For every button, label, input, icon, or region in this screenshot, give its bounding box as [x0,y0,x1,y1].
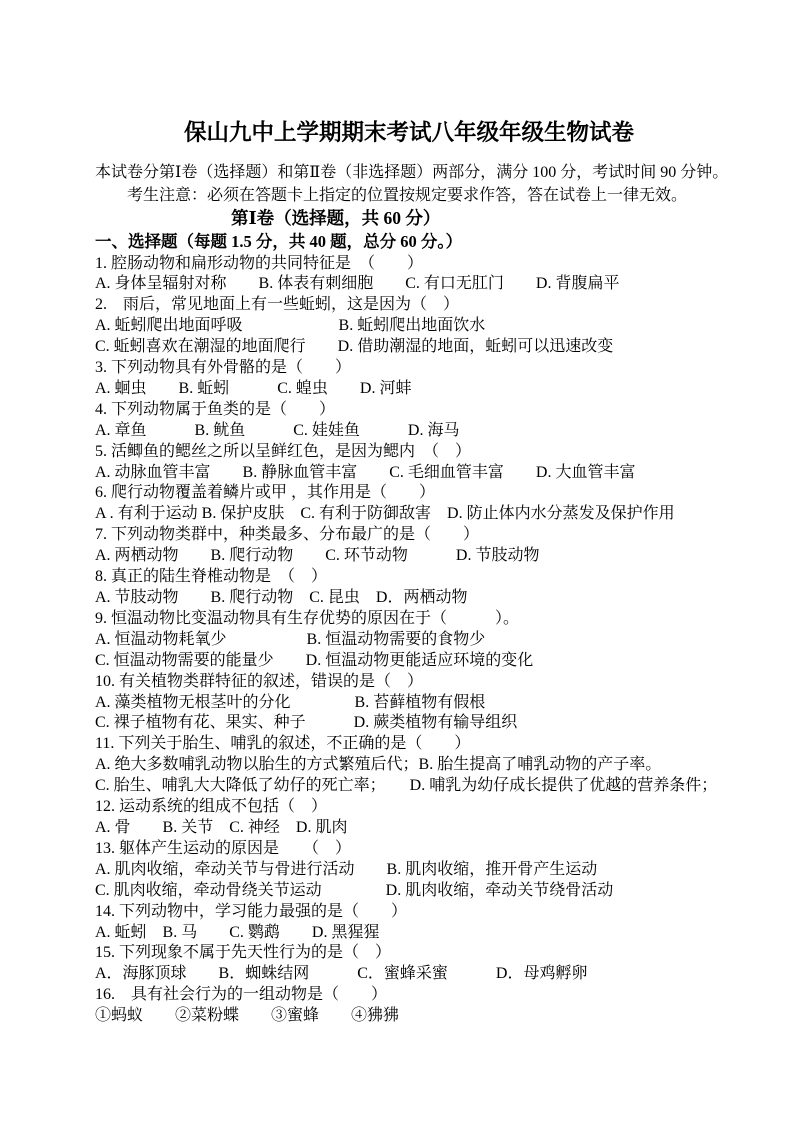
question-stem: 15. 下列现象不属于先天性行为的是（ ） [95,943,723,964]
question-option-line: C. 蚯蚓喜欢在潮湿的地面爬行 D. 借助潮湿的地面，蚯蚓可以迅速改变 [95,337,723,358]
question-7: 7. 下列动物类群中，种类最多、分布最广的是（ ） A. 两栖动物 B. 爬行动… [95,525,723,567]
exam-page: 保山九中上学期期末考试八年级年级生物试卷 本试卷分第Ⅰ卷（选择题）和第Ⅱ卷（非选… [0,0,793,1122]
question-stem: 1. 腔肠动物和扁形动物的共同特征是 （ ） [95,254,723,275]
question-option-line: A. 蛔虫 B. 蚯蚓 C. 蝗虫 D. 河蚌 [95,379,723,400]
question-option-line: A. 藻类植物无根茎叶的分化 B. 苔藓植物有假根 [95,693,723,714]
question-10: 10. 有关植物类群特征的叙述，错误的是（ ） A. 藻类植物无根茎叶的分化 B… [95,672,723,735]
question-option-line: C. 胎生、哺乳大大降低了幼仔的死亡率； D. 哺乳为幼仔成长提供了优越的营养条… [95,776,723,797]
question-stem: 13. 躯体产生运动的原因是 （ ） [95,839,723,860]
question-option-line: A. 两栖动物 B. 爬行动物 C. 环节动物 D. 节肢动物 [95,546,723,567]
question-stem: 7. 下列动物类群中，种类最多、分布最广的是（ ） [95,525,723,546]
question-option-line: C. 恒温动物需要的能量少 D. 恒温动物更能适应环境的变化 [95,651,723,672]
question-option-line: A. 肌肉收缩，牵动关节与骨进行活动 B. 肌肉收缩，推开骨产生运动 [95,860,723,881]
question-option-line: A . 有利于运动 B. 保护皮肤 C. 有利于防御敌害 D. 防止体内水分蒸发… [95,504,723,525]
question-12: 12. 运动系统的组成不包括（ ） A. 骨 B. 关节 C. 神经 D. 肌肉 [95,797,723,839]
question-option-line: ①蚂蚁 ②菜粉蝶 ③蜜蜂 ④狒狒 [95,1006,723,1027]
question-list: 1. 腔肠动物和扁形动物的共同特征是 （ ） A. 身体呈辐射对称 B. 体表有… [95,254,723,1028]
question-option-line: A. 蚯蚓爬出地面呼吸 B. 蚯蚓爬出地面饮水 [95,316,723,337]
question-stem: 9. 恒温动物比变温动物具有生存优势的原因在于（ ）。 [95,609,723,630]
exam-title: 保山九中上学期期末考试八年级年级生物试卷 [95,118,723,148]
question-6: 6. 爬行动物覆盖着鳞片或甲 ，其作用是（ ） A . 有利于运动 B. 保护皮… [95,483,723,525]
question-option-line: A. 章鱼 B. 鱿鱼 C. 娃娃鱼 D. 海马 [95,421,723,442]
question-option-line: A. 骨 B. 关节 C. 神经 D. 肌肉 [95,818,723,839]
question-stem: 12. 运动系统的组成不包括（ ） [95,797,723,818]
question-option-line: A．海豚顶球 B．蜘蛛结网 C．蜜蜂采蜜 D．母鸡孵卵 [95,964,723,985]
question-stem: 4. 下列动物属于鱼类的是（ ） [95,400,723,421]
question-option-line: A. 动脉血管丰富 B. 静脉血管丰富 C. 毛细血管丰富 D. 大血管丰富 [95,463,723,484]
volume-heading: 第Ⅰ卷（选择题，共 60 分） [95,207,723,230]
question-stem: 2. 雨后，常见地面上有一些蚯蚓，这是因为（ ） [95,295,723,316]
question-stem: 8. 真正的陆生脊椎动物是 （ ） [95,567,723,588]
question-2: 2. 雨后，常见地面上有一些蚯蚓，这是因为（ ） A. 蚯蚓爬出地面呼吸 B. … [95,295,723,358]
question-15: 15. 下列现象不属于先天性行为的是（ ） A．海豚顶球 B．蜘蛛结网 C．蜜蜂… [95,943,723,985]
question-stem: 5. 活鲫鱼的鳃丝之所以呈鲜红色，是因为鳃内 （ ） [95,442,723,463]
question-stem: 11. 下列关于胎生、哺乳的叙述，不正确的是（ ） [95,734,723,755]
question-11: 11. 下列关于胎生、哺乳的叙述，不正确的是（ ） A. 绝大多数哺乳动物以胎生… [95,734,723,797]
notice-text: 考生注意：必须在答题卡上指定的位置按规定要求作答，答在试卷上一律无效。 [95,185,723,208]
question-5: 5. 活鲫鱼的鳃丝之所以呈鲜红色，是因为鳃内 （ ） A. 动脉血管丰富 B. … [95,442,723,484]
question-stem: 10. 有关植物类群特征的叙述，错误的是（ ） [95,672,723,693]
intro-text: 本试卷分第Ⅰ卷（选择题）和第Ⅱ卷（非选择题）两部分，满分 100 分，考试时间 … [95,162,723,185]
section-heading: 一、选择题（每题 1.5 分，共 40 题，总分 60 分。） [95,230,723,254]
question-stem: 3. 下列动物具有外骨骼的是（ ） [95,358,723,379]
question-option-line: A. 身体呈辐射对称 B. 体表有刺细胞 C. 有口无肛门 D. 背腹扁平 [95,274,723,295]
question-8: 8. 真正的陆生脊椎动物是 （ ） A. 节肢动物 B. 爬行动物 C. 昆虫 … [95,567,723,609]
question-9: 9. 恒温动物比变温动物具有生存优势的原因在于（ ）。 A. 恒温动物耗氧少 B… [95,609,723,672]
question-4: 4. 下列动物属于鱼类的是（ ） A. 章鱼 B. 鱿鱼 C. 娃娃鱼 D. 海… [95,400,723,442]
question-13: 13. 躯体产生运动的原因是 （ ） A. 肌肉收缩，牵动关节与骨进行活动 B.… [95,839,723,902]
question-option-line: A. 绝大多数哺乳动物以胎生的方式繁殖后代；B. 胎生提高了哺乳动物的产子率。 [95,755,723,776]
question-option-line: A. 恒温动物耗氧少 B. 恒温动物需要的食物少 [95,630,723,651]
question-3: 3. 下列动物具有外骨骼的是（ ） A. 蛔虫 B. 蚯蚓 C. 蝗虫 D. 河… [95,358,723,400]
question-1: 1. 腔肠动物和扁形动物的共同特征是 （ ） A. 身体呈辐射对称 B. 体表有… [95,254,723,296]
question-option-line: A. 蚯蚓 B. 马 C. 鹦鹉 D. 黑猩猩 [95,923,723,944]
question-option-line: A. 节肢动物 B. 爬行动物 C. 昆虫 D．两栖动物 [95,588,723,609]
question-option-line: C. 裸子植物有花、果实、种子 D. 蕨类植物有输导组织 [95,713,723,734]
question-16: 16. 具有社会行为的一组动物是（ ） ①蚂蚁 ②菜粉蝶 ③蜜蜂 ④狒狒 [95,985,723,1027]
question-stem: 14. 下列动物中，学习能力最强的是（ ） [95,902,723,923]
question-stem: 6. 爬行动物覆盖着鳞片或甲 ，其作用是（ ） [95,483,723,504]
question-option-line: C. 肌肉收缩，牵动骨绕关节运动 D. 肌肉收缩，牵动关节绕骨活动 [95,881,723,902]
page-content: 保山九中上学期期末考试八年级年级生物试卷 本试卷分第Ⅰ卷（选择题）和第Ⅱ卷（非选… [95,118,723,1027]
question-14: 14. 下列动物中，学习能力最强的是（ ） A. 蚯蚓 B. 马 C. 鹦鹉 D… [95,902,723,944]
question-stem: 16. 具有社会行为的一组动物是（ ） [95,985,723,1006]
